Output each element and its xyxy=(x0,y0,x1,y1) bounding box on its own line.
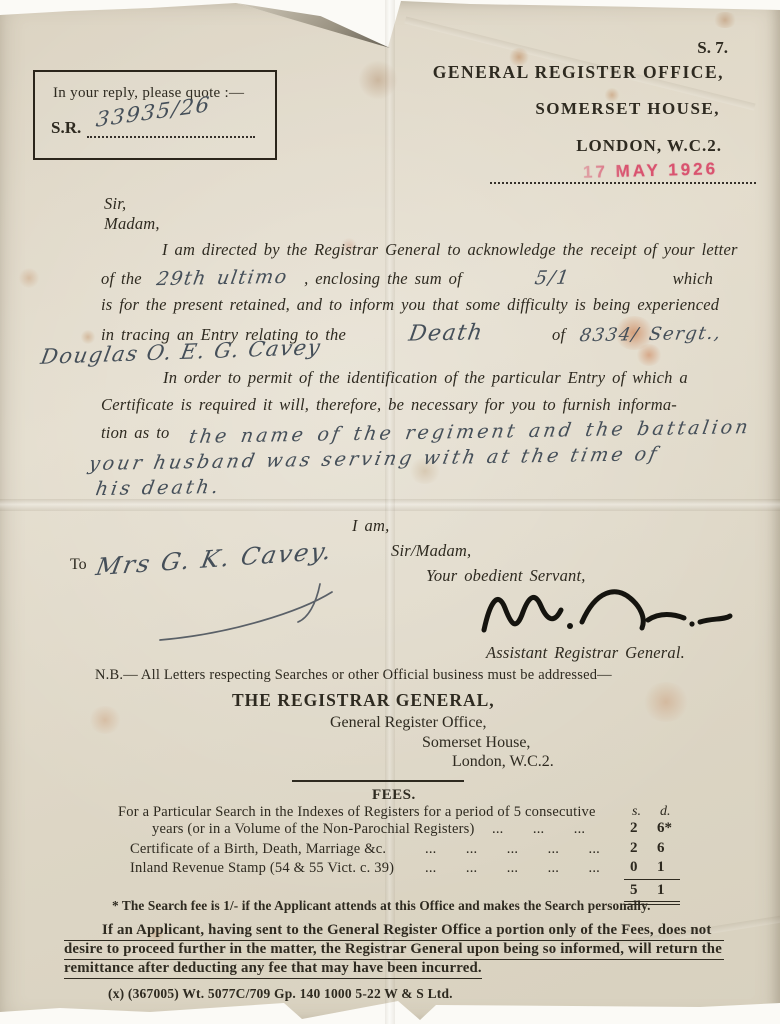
fee-row1-line2: years (or in a Volume of the Non-Parochi… xyxy=(152,821,475,838)
printer-imprint: (x) (367005) Wt. 5077C/709 Gp. 140 1000 … xyxy=(108,986,453,1002)
warning-line-3: remittance after deducting any fee that … xyxy=(64,960,482,979)
fees-col-d: d. xyxy=(660,804,671,820)
salutation-madam: Madam, xyxy=(104,214,160,234)
scanned-letter: In your reply, please quote :— S.R. 3393… xyxy=(0,0,780,1024)
address-city: London, W.C.2. xyxy=(452,753,554,771)
body-line-2b: , enclosing the sum of xyxy=(304,269,462,288)
body-line-2a: of the xyxy=(101,269,142,288)
addressee-flourish xyxy=(120,578,380,648)
address-house: Somerset House, xyxy=(422,734,530,752)
address-registrar-general: THE REGISTRAR GENERAL, xyxy=(232,690,495,711)
body-line-7: Certificate is required it will, therefo… xyxy=(101,395,677,415)
header-dotted-rule xyxy=(490,182,756,184)
reference-label: In your reply, please quote :— xyxy=(53,85,244,102)
fee-row2-label: Certificate of a Birth, Death, Marriage … xyxy=(130,841,386,858)
addressee-to-label: To xyxy=(70,556,87,574)
fee-row3-dots: ... ... ... ... ... xyxy=(425,860,600,877)
fees-total-s: 5 xyxy=(630,882,638,899)
fee-row1-s: 2 xyxy=(630,820,638,837)
body-line-1: I am directed by the Registrar General t… xyxy=(162,240,738,260)
office-name: GENERAL REGISTER OFFICE, xyxy=(380,62,724,83)
fee-row3-s: 0 xyxy=(630,859,638,876)
closing-i-am: I am, xyxy=(352,516,389,536)
fee-row1-dots: ... ... ... xyxy=(492,821,585,838)
fee-row2-dots: ... ... ... ... ... xyxy=(425,841,600,858)
fee-row2-d: 6 xyxy=(657,840,665,857)
handwritten-sum: 5/1 xyxy=(533,267,572,290)
signature xyxy=(478,578,734,644)
warning-line-1: If an Applicant, having sent to the Gene… xyxy=(64,922,724,941)
office-city: LONDON, W.C.2. xyxy=(380,136,722,156)
salutation-sir: Sir, xyxy=(104,194,126,214)
fee-row2-s: 2 xyxy=(630,840,638,857)
handwritten-event-type: Death xyxy=(407,320,485,346)
fee-row1-d: 6* xyxy=(657,820,672,837)
office-house: SOMERSET HOUSE, xyxy=(380,99,720,119)
warning-line-2: desire to proceed further in the matter,… xyxy=(64,941,724,960)
body-line-8a: tion as to xyxy=(101,423,169,442)
date-stamp: 17 MAY 1926 xyxy=(583,159,719,183)
handwritten-service-number: 8334/ Sergt., xyxy=(578,323,723,346)
address-office: General Register Office, xyxy=(330,714,487,732)
form-code: S. 7. xyxy=(697,38,728,58)
fees-total-d: 1 xyxy=(657,882,665,899)
fees-total-rule xyxy=(624,879,680,880)
body-line-2c: which xyxy=(673,269,713,288)
closing-role: Assistant Registrar General. xyxy=(486,643,685,663)
handwritten-info-3: his death. xyxy=(94,476,223,500)
closing-sir-madam: Sir/Madam, xyxy=(391,541,471,561)
fees-title: FEES. xyxy=(372,787,416,804)
fee-row3-label: Inland Revenue Stamp (54 & 55 Vict. c. 3… xyxy=(130,860,394,877)
body-line-3: is for the present retained, and to info… xyxy=(101,295,719,315)
section-rule xyxy=(292,780,464,782)
fee-row1-line1: For a Particular Search in the Indexes o… xyxy=(118,804,596,821)
nb-note: N.B.— All Letters respecting Searches or… xyxy=(95,667,612,684)
fee-row3-d: 1 xyxy=(657,859,665,876)
reference-dotted-line xyxy=(87,136,255,138)
handwritten-date: 29th ultimo xyxy=(155,266,289,290)
body-line-6: In order to permit of the identification… xyxy=(163,368,688,388)
reference-box: In your reply, please quote :— S.R. 3393… xyxy=(33,70,277,160)
reference-prefix: S.R. xyxy=(51,118,81,138)
body-line-4b: of xyxy=(552,325,565,344)
fees-col-s: s. xyxy=(632,804,641,820)
fees-footnote: * The Search fee is 1/- if the Applicant… xyxy=(112,898,651,914)
